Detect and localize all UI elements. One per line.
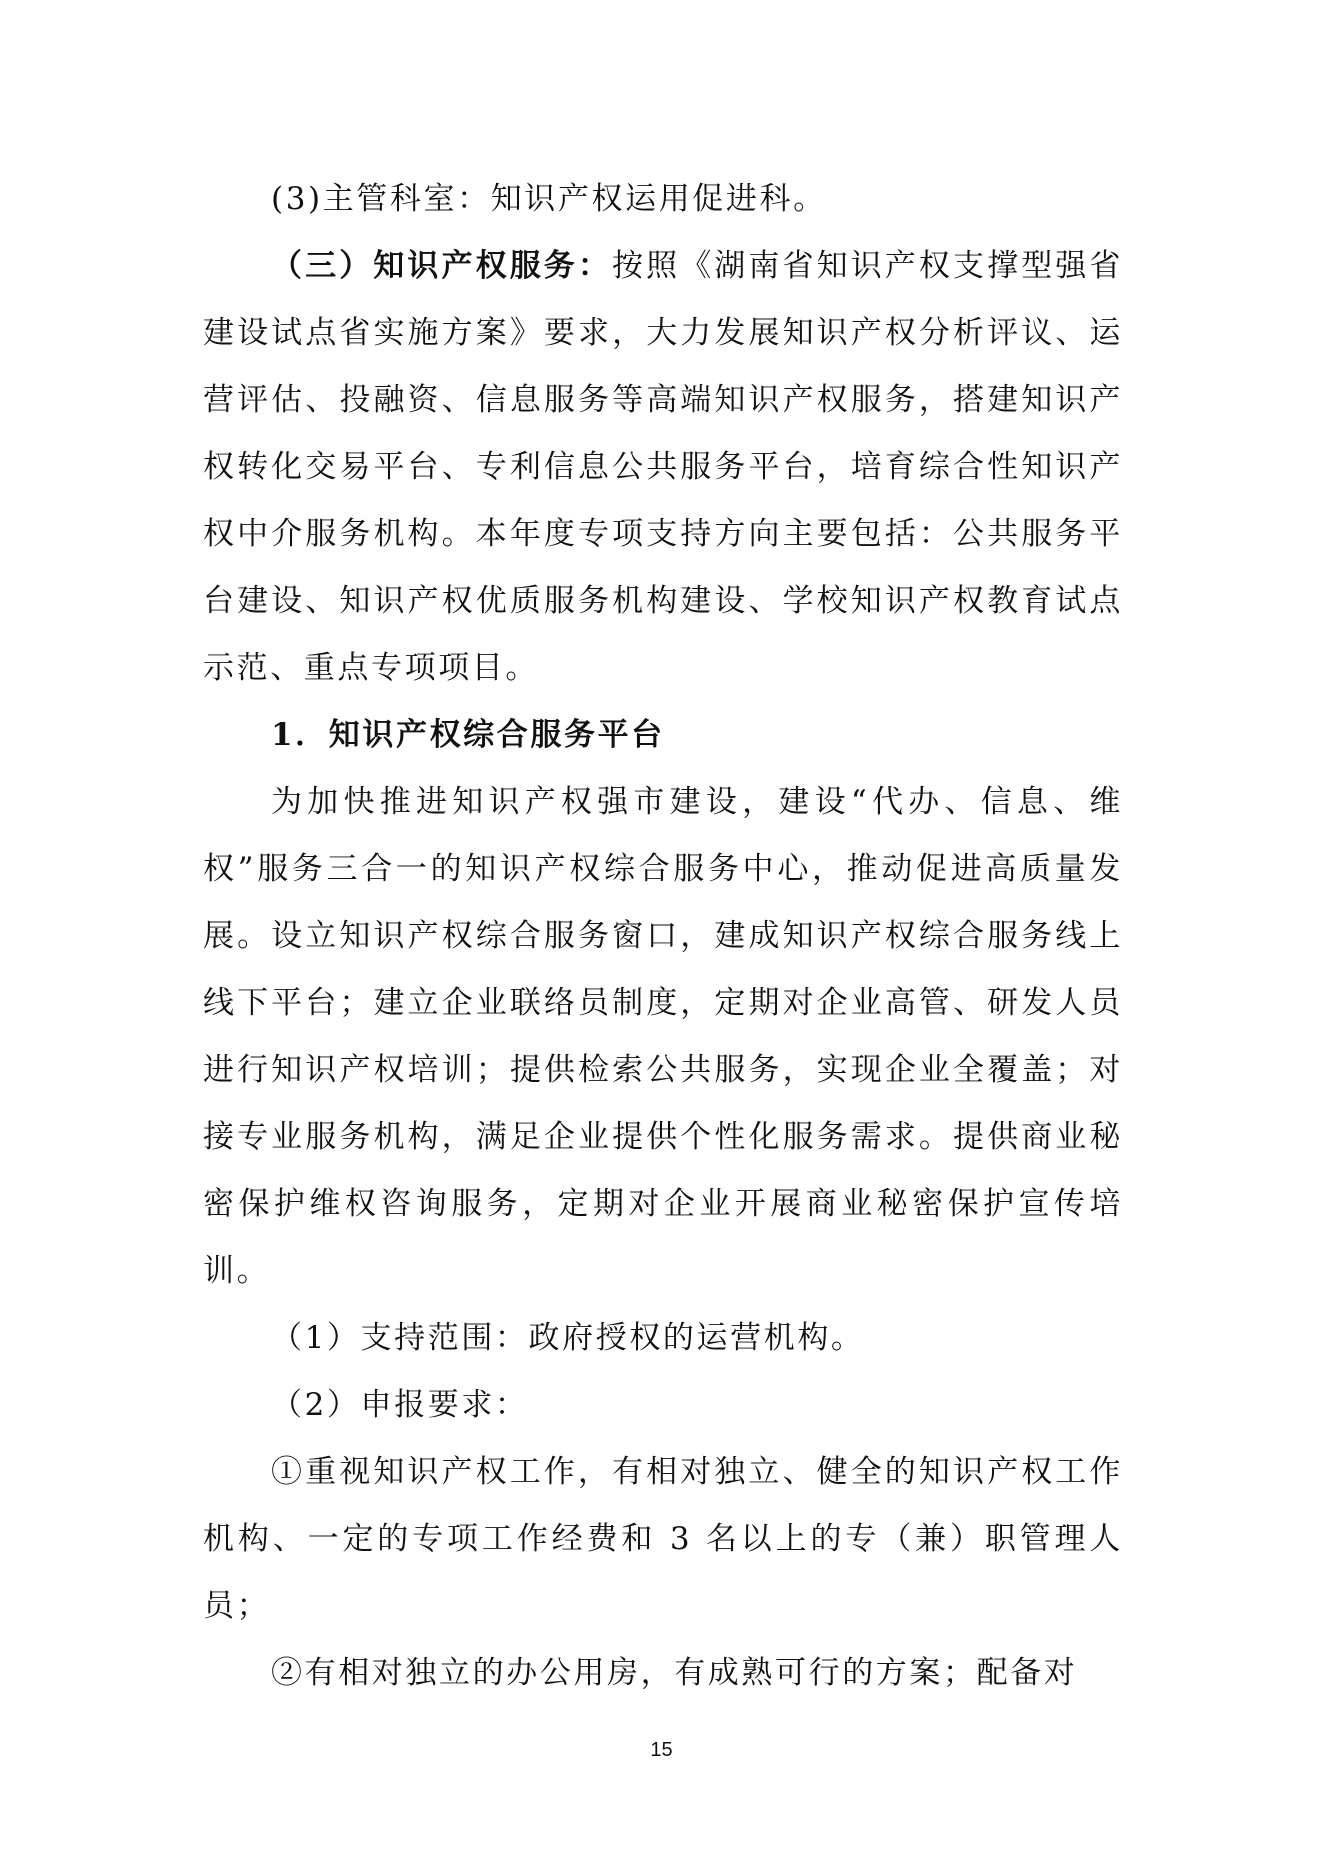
paragraph-ip-services: （三）知识产权服务：按照《湖南省知识产权支撑型强省建设试点省实施方案》要求，大力… <box>203 233 1123 702</box>
paragraph-support-scope: （1）支持范围：政府授权的运营机构。 <box>203 1305 1123 1372</box>
page-number: 15 <box>0 1739 1323 1762</box>
paragraph-text: ①重视知识产权工作，有相对独立、健全的知识产权工作机构、一定的专项工作经费和 3… <box>203 1454 1123 1624</box>
paragraph-requirement-2: ②有相对独立的办公用房，有成熟可行的方案；配备对 <box>203 1640 1123 1707</box>
heading-text: 1．知识产权综合服务平台 <box>271 717 665 753</box>
paragraph-requirement-1: ①重视知识产权工作，有相对独立、健全的知识产权工作机构、一定的专项工作经费和 3… <box>203 1439 1123 1640</box>
paragraph-text: （2）申报要求： <box>271 1387 529 1423</box>
paragraph-text: ②有相对独立的办公用房，有成熟可行的方案；配备对 <box>271 1655 1077 1691</box>
paragraph-text: （1）支持范围：政府授权的运营机构。 <box>271 1320 865 1356</box>
subsection-heading: 1．知识产权综合服务平台 <box>203 702 1123 769</box>
paragraph-text: 按照《湖南省知识产权支撑型强省建设试点省实施方案》要求，大力发展知识产权分析评议… <box>203 248 1123 686</box>
document-page: (3)主管科室：知识产权运用促进科。 （三）知识产权服务：按照《湖南省知识产权支… <box>203 166 1123 1707</box>
paragraph-responsible-office: (3)主管科室：知识产权运用促进科。 <box>203 166 1123 233</box>
paragraph-application-requirements: （2）申报要求： <box>203 1372 1123 1439</box>
paragraph-text: 为加快推进知识产权强市建设，建设“代办、信息、维权”服务三合一的知识产权综合服务… <box>203 784 1123 1289</box>
paragraph-platform-description: 为加快推进知识产权强市建设，建设“代办、信息、维权”服务三合一的知识产权综合服务… <box>203 769 1123 1305</box>
paragraph-text: (3)主管科室：知识产权运用促进科。 <box>271 181 827 217</box>
section-heading: （三）知识产权服务： <box>271 248 612 284</box>
